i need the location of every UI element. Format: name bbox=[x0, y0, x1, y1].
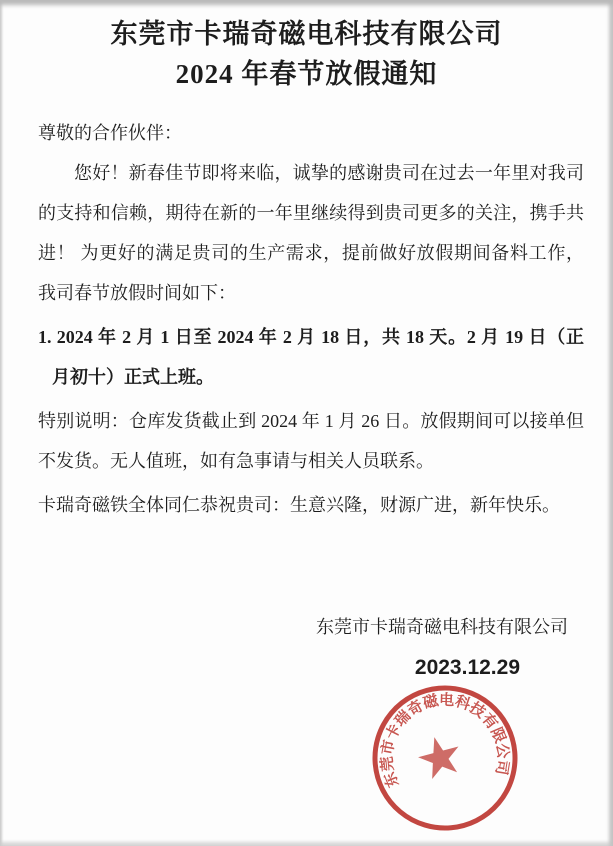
holiday-item-line: 月初十）正式上班。 bbox=[38, 357, 584, 397]
holiday-dates-item: 1. 2024 年 2 月 1 日至 2024 年 2 月 18 日，共 18 … bbox=[38, 317, 584, 397]
special-note-line: 不发货。无人值班，如有急事请与相关人员联系。 bbox=[38, 441, 584, 481]
notice-body: 尊敬的合作伙伴： 您好！新春佳节即将来临，诚挚的感谢贵司在过去一年里对我司 的支… bbox=[0, 113, 613, 689]
doc-header: 东莞市卡瑞奇磁电科技有限公司 2024 年春节放假通知 bbox=[0, 0, 613, 94]
seal-text: 东莞市卡瑞奇磁电科技有限公司 bbox=[372, 685, 514, 791]
special-note-line: 特别说明：仓库发货截止到 2024 年 1 月 26 日。放假期间可以接单但 bbox=[38, 401, 584, 441]
seal-company-text: 东莞市卡瑞奇磁电科技有限公司 bbox=[372, 685, 514, 791]
signature-company: 东莞市卡瑞奇磁电科技有限公司 bbox=[38, 607, 584, 647]
paragraph-line: 我司春节放假时间如下： bbox=[38, 273, 584, 313]
paragraph-line: 进！ 为更好的满足贵司的生产需求，提前做好放假期间备料工作， bbox=[38, 233, 584, 273]
intro-paragraph: 您好！新春佳节即将来临，诚挚的感谢贵司在过去一年里对我司 的支持和信赖，期待在新… bbox=[38, 153, 584, 313]
special-note: 特别说明：仓库发货截止到 2024 年 1 月 26 日。放假期间可以接单但 不… bbox=[38, 401, 584, 481]
blessing-line: 卡瑞奇磁铁全体同仁恭祝贵司：生意兴隆，财源广进，新年快乐。 bbox=[38, 485, 584, 525]
paragraph-line: 您好！新春佳节即将来临，诚挚的感谢贵司在过去一年里对我司 bbox=[38, 153, 584, 193]
company-seal-stamp: 东莞市卡瑞奇磁电科技有限公司 bbox=[358, 671, 531, 844]
paragraph-line: 的支持和信赖，期待在新的一年里继续得到贵司更多的关注，携手共 bbox=[38, 193, 584, 233]
seal-star-icon bbox=[414, 732, 465, 781]
scanned-notice-page: 东莞市卡瑞奇磁电科技有限公司 2024 年春节放假通知 尊敬的合作伙伴： 您好！… bbox=[0, 0, 613, 846]
company-title: 东莞市卡瑞奇磁电科技有限公司 bbox=[0, 14, 613, 54]
notice-title: 2024 年春节放假通知 bbox=[0, 54, 613, 94]
holiday-item-line: 1. 2024 年 2 月 1 日至 2024 年 2 月 18 日，共 18 … bbox=[38, 317, 584, 357]
salutation: 尊敬的合作伙伴： bbox=[38, 113, 584, 153]
